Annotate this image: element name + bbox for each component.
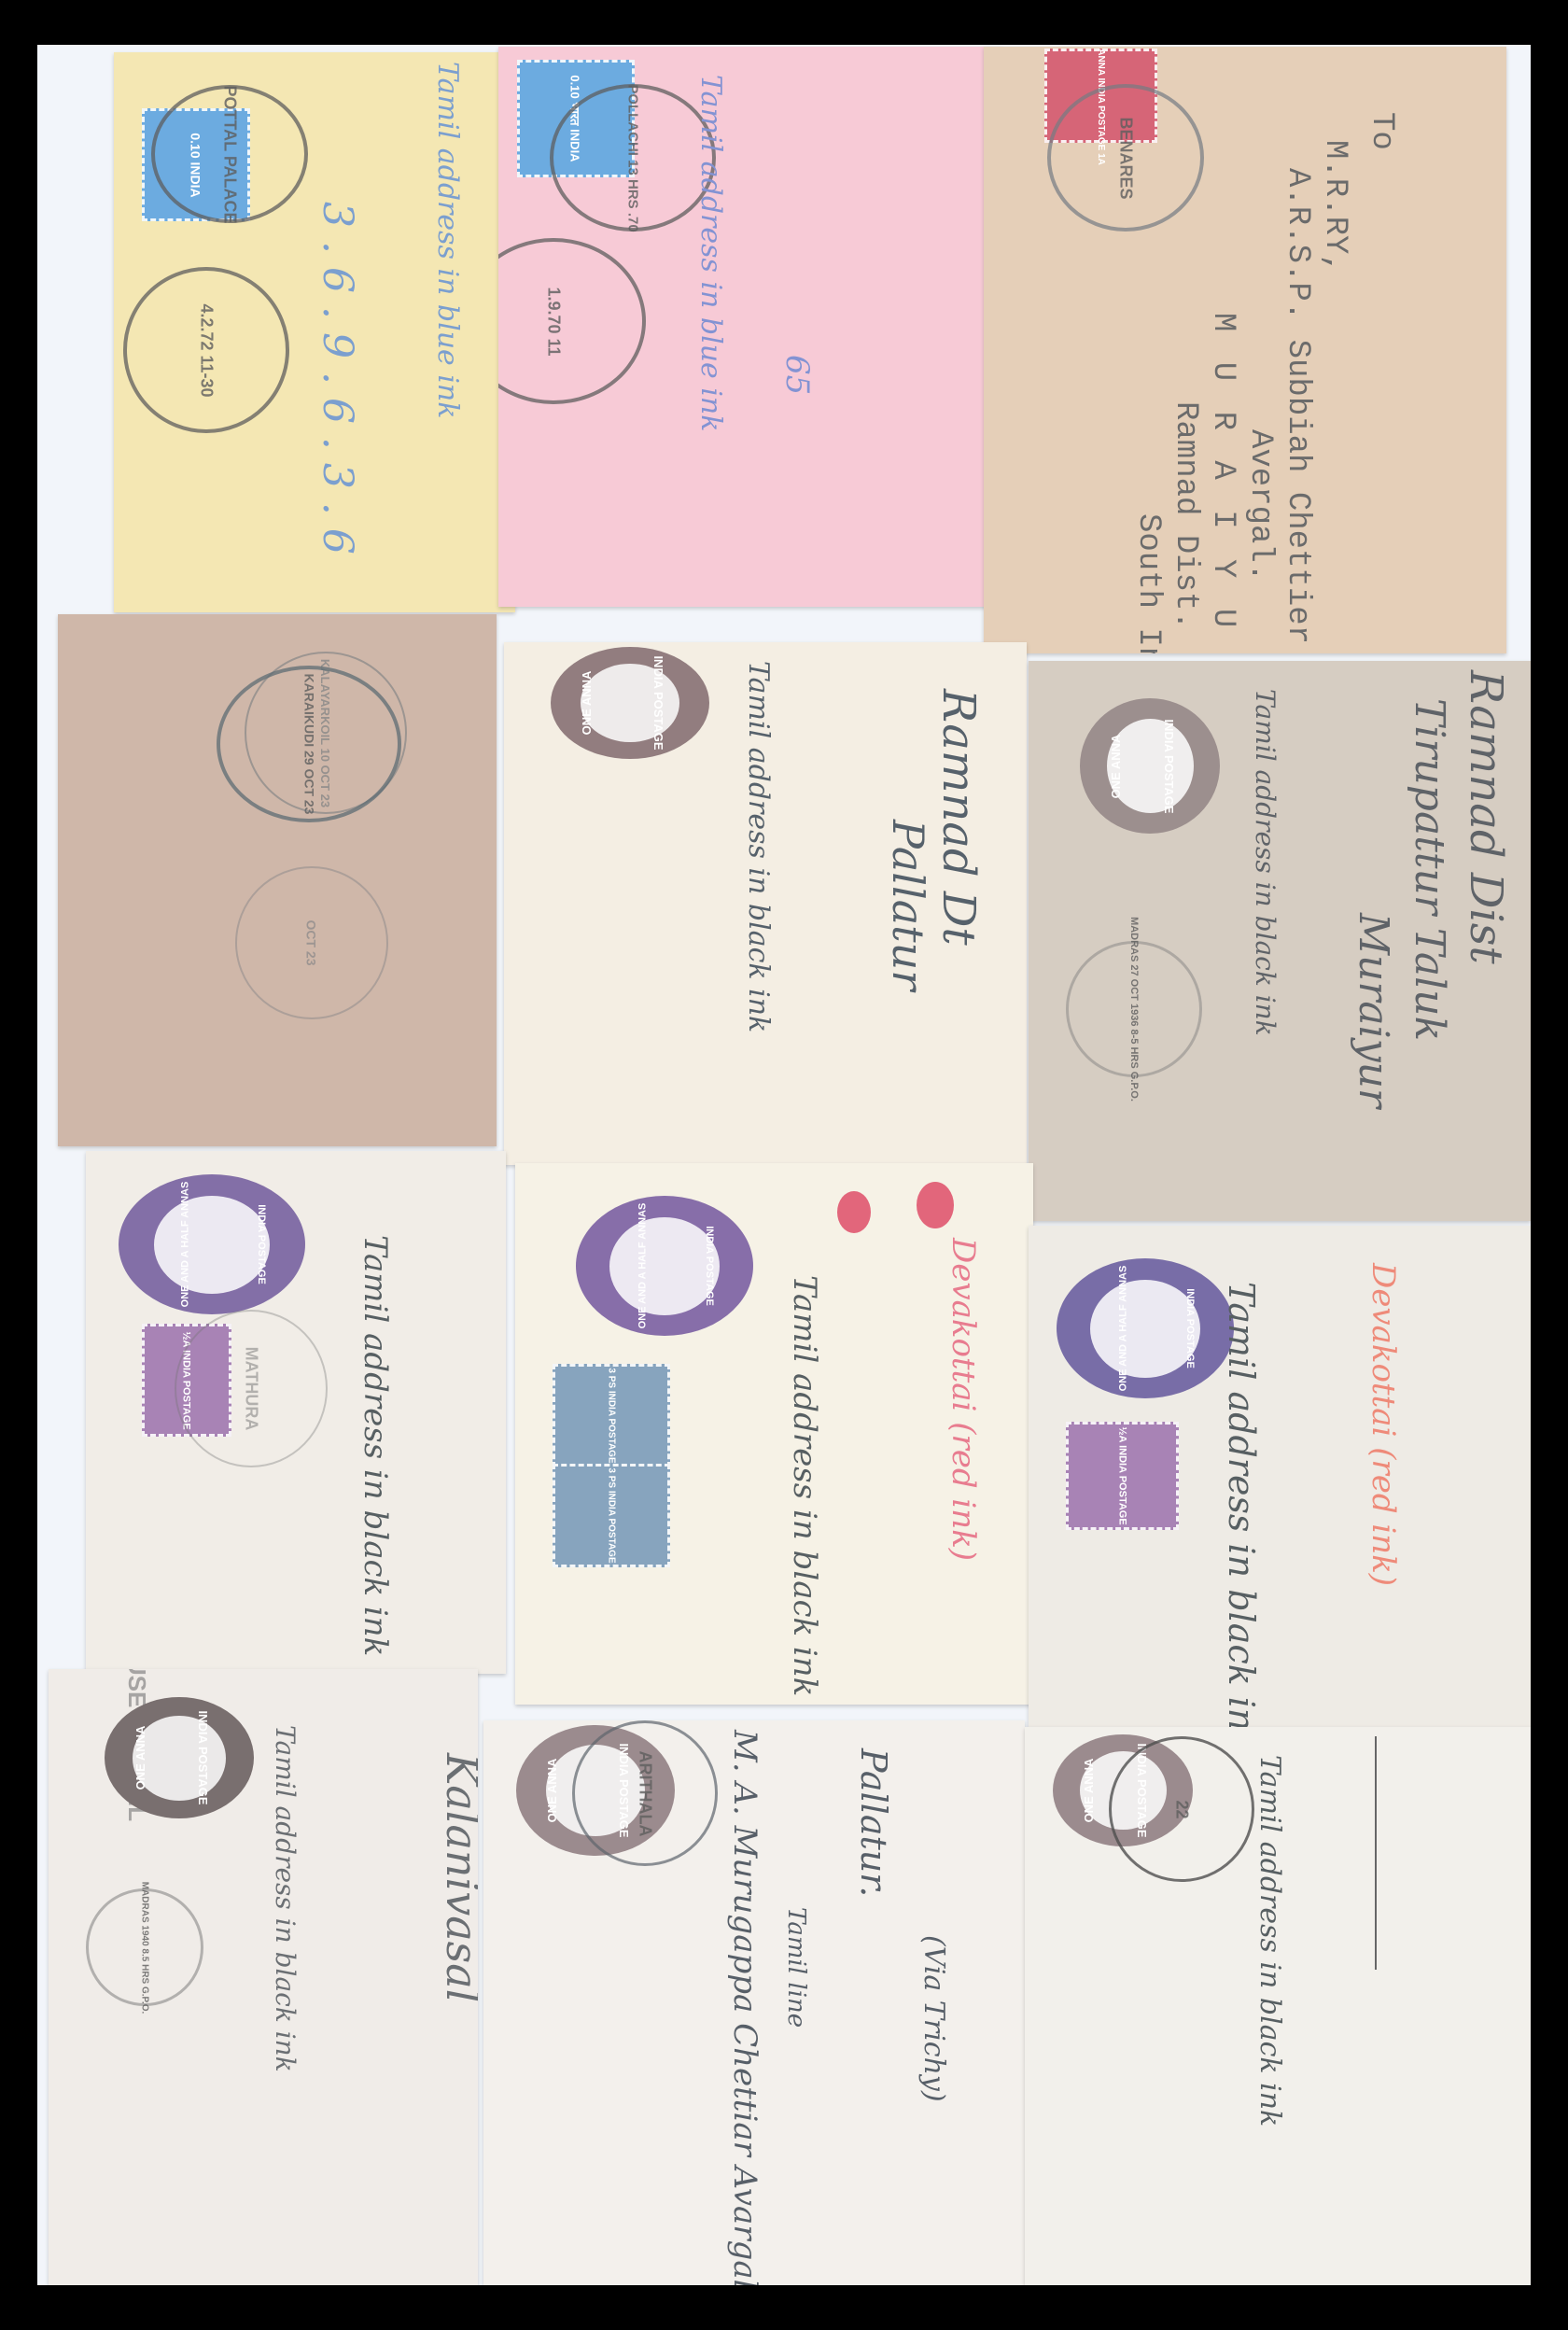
album-page: 0.10 INDIA POTTAL PALACE 4.2.72 11-30 3.… — [37, 45, 1531, 2285]
protective-sleeve — [37, 45, 1531, 2285]
